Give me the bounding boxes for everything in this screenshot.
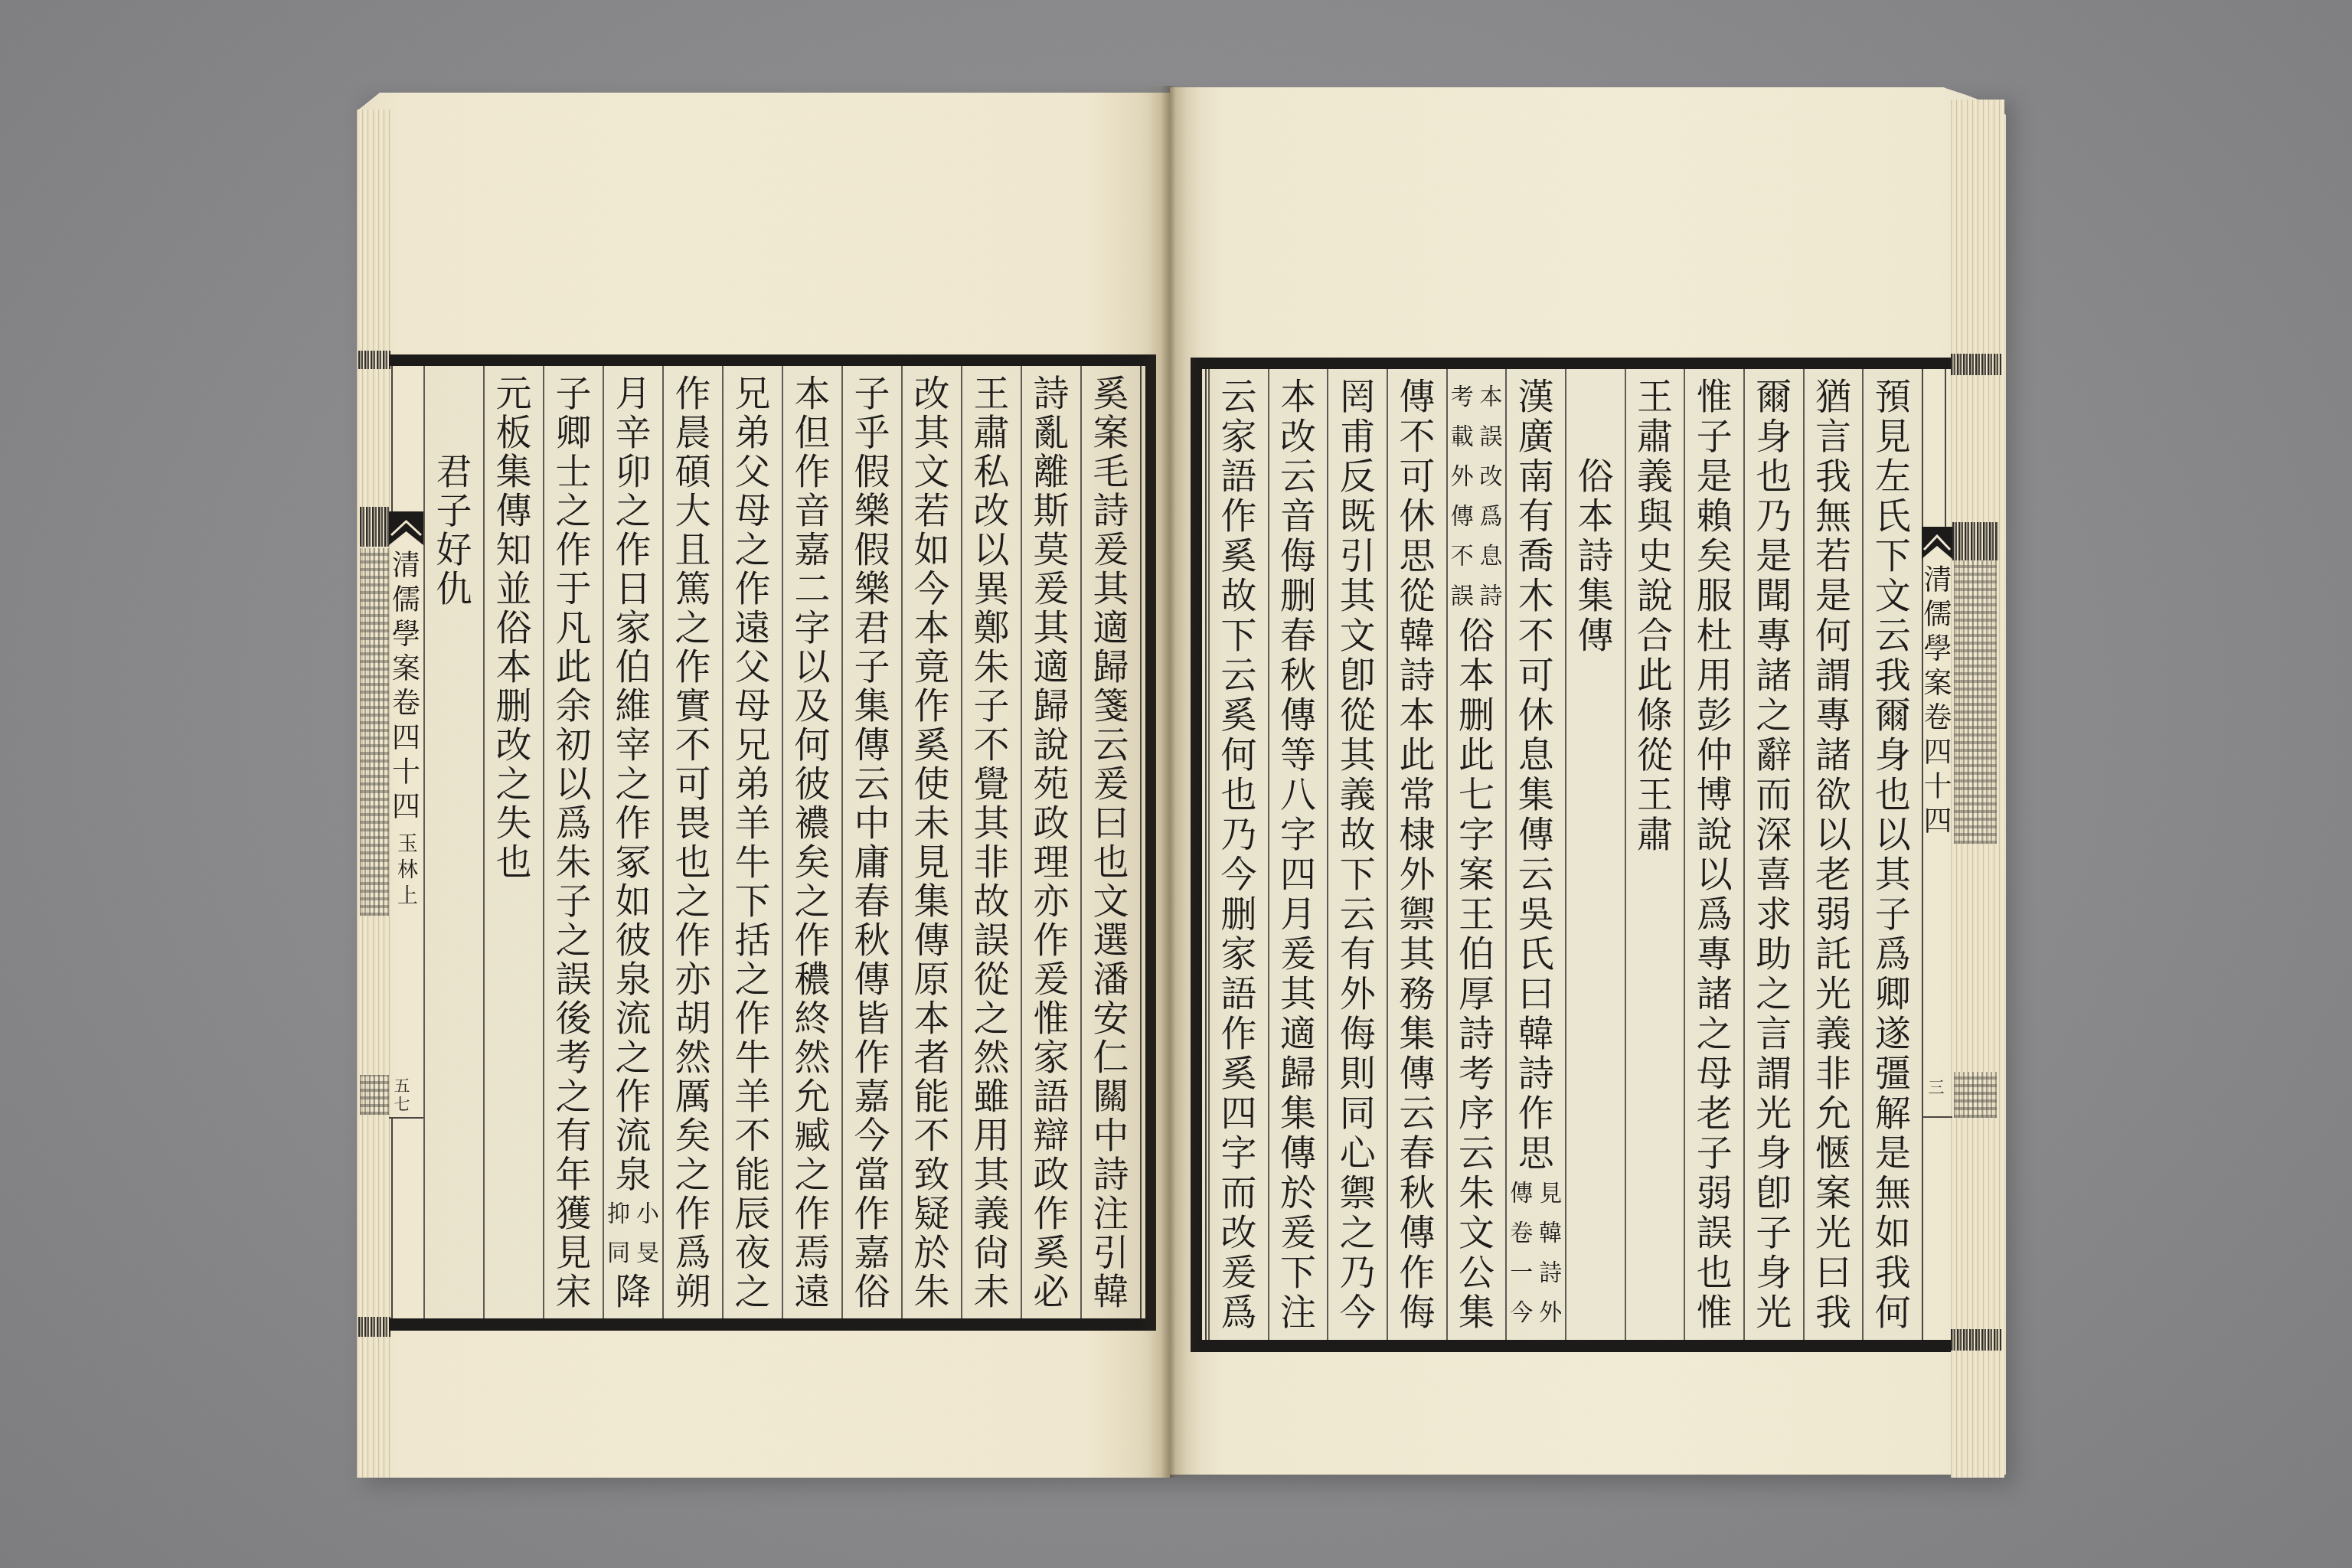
glyph: 假 (843, 452, 901, 492)
glyph: 詩 (1507, 1054, 1565, 1094)
glyph: 以 (1685, 855, 1743, 895)
glyph: 侮 (1388, 1293, 1446, 1333)
glyph: 家 (1210, 417, 1268, 457)
right-frame-inner-line (1205, 369, 1207, 1340)
glyph: 爲 (1210, 1293, 1268, 1333)
glyph: 集 (903, 882, 961, 921)
glyph: 作 (1507, 1094, 1565, 1134)
glyph: 考 (1448, 377, 1477, 417)
glyph: 作 (664, 374, 722, 413)
glyph: 及 (783, 687, 841, 726)
column-text: 本改云音侮删春秋傳等八字四月爰其適歸集傳於爰下注 (1269, 377, 1328, 1333)
glyph: 卷 (389, 686, 423, 720)
glyph: 莫 (1022, 531, 1080, 570)
glyph: 本 (1388, 696, 1446, 736)
right-banxin-upper-line (1945, 369, 1946, 527)
glyph: 卷 (1922, 701, 1953, 735)
text-column: 罔甫反既引其文卽從其義故下云有外侮則同心禦之乃今 (1327, 369, 1387, 1340)
glyph: 宰 (604, 726, 662, 765)
column-text: 云家語作奚故下云奚何也乃今删家語作奚四字而改爰爲 (1210, 377, 1268, 1333)
column-text: 本但作音嘉二字以及何彼襛矣之作穠終然允臧之作焉遠 (783, 374, 841, 1312)
glyph: 嘉 (843, 1077, 901, 1116)
glyph: 儒 (1922, 597, 1953, 632)
glyph: 集 (1566, 577, 1625, 616)
glyph: 爰 (1210, 1253, 1268, 1293)
glyph: 詩 (1566, 537, 1625, 577)
glyph: 小 (633, 1194, 662, 1233)
glyph: 改 (485, 726, 543, 765)
glyph: 箋 (1082, 687, 1140, 726)
glyph: 樂 (843, 492, 901, 531)
glyph: 月 (1269, 895, 1328, 935)
glyph: 清 (1922, 563, 1953, 597)
glyph: 元 (485, 374, 543, 413)
glyph: 合 (1626, 616, 1684, 656)
glyph: 爲 (1685, 895, 1743, 935)
glyph: 語 (1022, 1077, 1080, 1116)
glyph: 凡 (544, 609, 603, 648)
glyph: 弱 (1685, 1174, 1743, 1214)
glyph: 爰 (1022, 960, 1080, 999)
glyph: 作 (843, 1194, 901, 1233)
glyph: 助 (1745, 935, 1803, 975)
glyph: 奚 (1022, 1233, 1080, 1272)
column-text: 爾身也乃是聞專諸之辭而深喜求助之言謂光身卽子身光 (1745, 377, 1803, 1333)
glyph: 四 (1922, 804, 1953, 838)
glyph: 集 (1388, 1014, 1446, 1054)
glyph: 從 (962, 960, 1021, 999)
glyph: 作 (903, 687, 961, 726)
glyph: 四 (1269, 855, 1328, 895)
glyph: 不 (664, 726, 722, 765)
glyph: 尙 (962, 1233, 1021, 1272)
glyph: 以 (1864, 815, 1922, 855)
glyph: 仇 (425, 570, 483, 609)
glyph: 本 (485, 648, 543, 687)
glyph: 集 (843, 687, 901, 726)
glyph: 老 (1805, 855, 1863, 895)
glyph: 漢 (1507, 377, 1565, 417)
banxin-title-text: 清儒學案卷四十四 (1922, 563, 1953, 838)
glyph: 删 (1448, 696, 1506, 736)
glyph: 羊 (724, 1077, 782, 1116)
glyph: 實 (664, 687, 722, 726)
glyph: 作 (664, 1194, 722, 1233)
glyph: 遠 (783, 1272, 841, 1312)
glyph: 卷 (1507, 1214, 1536, 1253)
glyph: 其 (1864, 855, 1922, 895)
glyph: 喬 (1507, 537, 1565, 577)
glyph: 政 (1022, 1155, 1080, 1194)
glyph: 也 (1864, 776, 1922, 815)
glyph: 傳 (843, 960, 901, 999)
glyph: 樂 (843, 570, 901, 609)
column-text: 奚案毛詩爰其適歸箋云爰曰也文選潘安仁關中詩注引韓 (1082, 374, 1140, 1312)
glyph: 弟 (724, 765, 782, 804)
right-banxin-rule (1923, 1116, 1952, 1118)
glyph: 奚 (1210, 696, 1268, 736)
text-column: 詩亂離斯莫爰其適歸說苑政理亦作爰惟家語辯政作奚必 (1021, 366, 1080, 1318)
glyph: 辰 (724, 1194, 782, 1233)
note-line-right: 本誤改爲息詩 (1477, 377, 1506, 616)
glyph: 四 (1210, 1094, 1268, 1134)
column-text: 惟子是賴矣服杜用彭仲博說以爲專諸之母老子弱誤也惟 (1685, 377, 1743, 1333)
glyph: 深 (1745, 815, 1803, 855)
glyph: 謂 (1805, 656, 1863, 696)
glyph: 文 (903, 452, 961, 492)
right-banxin-separator (1922, 369, 1923, 1340)
glyph: 下 (724, 882, 782, 921)
glyph: 則 (1328, 1054, 1387, 1094)
glyph: 光 (1805, 975, 1863, 1014)
glyph: 弱 (1805, 895, 1863, 935)
column-text: 元板集傳知並俗本删改之失也 (485, 374, 543, 882)
glyph: 俗 (485, 609, 543, 648)
glyph: 學 (389, 617, 423, 652)
glyph: 歸 (1022, 687, 1080, 726)
column-text: 詩亂離斯莫爰其適歸說苑政理亦作爰惟家語辯政作奚必 (1022, 374, 1080, 1312)
glyph: 兄 (724, 726, 782, 765)
glyph: 而 (1210, 1174, 1268, 1214)
glyph: 母 (1685, 1054, 1743, 1094)
glyph: 休 (1388, 497, 1446, 537)
glyph: 遂 (1864, 1014, 1922, 1054)
glyph: 春 (1388, 1134, 1446, 1174)
glyph: 云 (1082, 726, 1140, 765)
left-page-text-block: 奚案毛詩爰其適歸箋云爰曰也文選潘安仁關中詩注引韓 詩亂離斯莫爰其適歸說苑政理亦作… (423, 366, 1140, 1318)
glyph: 文 (1328, 616, 1387, 656)
glyph: 甫 (1328, 417, 1387, 457)
glyph: 本 (1269, 377, 1328, 417)
glyph: 詩 (1082, 1155, 1140, 1194)
glyph: 之 (604, 492, 662, 531)
glyph: 厚 (1448, 975, 1506, 1014)
glyph: 作 (1210, 1014, 1268, 1054)
glyph: 王 (1448, 895, 1506, 935)
right-frame-bottom-border (1191, 1340, 1951, 1352)
glyph: 光 (1805, 1214, 1863, 1253)
glyph: 字 (1269, 815, 1328, 855)
glyph: 終 (783, 999, 841, 1038)
glyph: 爲 (1864, 935, 1922, 975)
glyph: 五 (390, 1076, 413, 1095)
glyph: 四 (389, 789, 423, 824)
glyph: 允 (783, 1077, 841, 1116)
glyph: 删 (485, 687, 543, 726)
glyph: 余 (544, 687, 603, 726)
glyph: 同 (1328, 1094, 1387, 1134)
glyph: 等 (1269, 736, 1328, 776)
glyph: 誤 (962, 921, 1021, 960)
glyph: 假 (843, 531, 901, 570)
left-frame-bottom-border (389, 1318, 1156, 1331)
glyph: 文 (1082, 882, 1140, 921)
glyph: 安 (1082, 999, 1140, 1038)
glyph: 光 (1745, 1094, 1803, 1134)
glyph: 詩 (1536, 1253, 1565, 1293)
glyph: 子 (544, 882, 603, 921)
glyph: 爰 (1082, 765, 1140, 804)
glyph: 仲 (1685, 736, 1743, 776)
glyph: 以 (1805, 815, 1863, 855)
glyph: 苑 (1022, 765, 1080, 804)
glyph: 詩 (1082, 492, 1140, 531)
text-column: 猶言我無若是何謂專諸欲以老弱託光義非允愜案光曰我 (1803, 369, 1863, 1340)
glyph: 秋 (843, 921, 901, 960)
glyph: 云 (1388, 1094, 1446, 1134)
glyph: 傳 (1448, 497, 1477, 537)
glyph: 嘉 (783, 531, 841, 570)
text-column: 奚案毛詩爰其適歸箋云爰曰也文選潘安仁關中詩注引韓 (1080, 366, 1140, 1318)
glyph: 條 (1626, 696, 1684, 736)
glyph: 伯 (1448, 935, 1506, 975)
glyph: 夜 (724, 1233, 782, 1272)
left-fishtail-icon (389, 511, 423, 545)
glyph: 弟 (724, 413, 782, 452)
glyph: 不 (903, 1116, 961, 1155)
glyph: 其 (1269, 975, 1328, 1014)
glyph: 爲 (544, 804, 603, 843)
glyph: 者 (903, 1038, 961, 1077)
glyph: 私 (962, 452, 1021, 492)
glyph: 子 (843, 374, 901, 413)
glyph: 知 (485, 531, 543, 570)
note-line-right: 見韓詩外 (1536, 1174, 1565, 1333)
glyph: 傳 (903, 921, 961, 960)
glyph: 見 (1536, 1174, 1565, 1214)
column-text: 猶言我無若是何謂專諸欲以老弱託光義非允愜案光曰我 (1805, 377, 1863, 1333)
glyph: 務 (1388, 975, 1446, 1014)
glyph: 家 (1022, 1038, 1080, 1077)
glyph: 中 (1082, 1116, 1140, 1155)
left-frame-top-border (389, 354, 1156, 366)
column-text: 降 (604, 1272, 662, 1312)
right-fishtail-icon (1922, 527, 1952, 559)
right-banxin-title: 清儒學案卷四十四 (1922, 563, 1953, 838)
glyph: 儒 (389, 583, 423, 617)
glyph: 以 (962, 531, 1021, 570)
glyph: 竟 (903, 648, 961, 687)
glyph: 外 (1448, 457, 1477, 497)
glyph: 之 (724, 960, 782, 999)
glyph: 有 (544, 1116, 603, 1155)
stack-page-number-remnant (1954, 1072, 1997, 1118)
glyph: 案 (1448, 855, 1506, 895)
column-text: 作晨碩大且篤之作實不可畏也之作亦胡然厲矣之作爲朔 (664, 374, 722, 1312)
glyph: 侮 (1269, 537, 1328, 577)
glyph: 晨 (664, 413, 722, 452)
glyph: 預 (1864, 377, 1922, 417)
glyph: 七 (1448, 776, 1506, 815)
glyph: 改 (1269, 417, 1328, 457)
glyph: 從 (1388, 577, 1446, 616)
glyph: 然 (962, 1038, 1021, 1077)
stack-fishtail-remnant (360, 507, 390, 547)
glyph: 也 (1685, 1253, 1743, 1293)
glyph: 引 (1328, 537, 1387, 577)
glyph: 卯 (604, 452, 662, 492)
glyph: 諸 (1745, 656, 1803, 696)
glyph: 作 (724, 570, 782, 609)
glyph: 政 (1022, 804, 1080, 843)
glyph: 身 (1745, 1134, 1803, 1174)
text-column: 爾身也乃是聞專諸之辭而深喜求助之言謂光身卽子身光 (1743, 369, 1803, 1340)
glyph: 下 (1328, 855, 1387, 895)
glyph: 引 (1082, 1233, 1140, 1272)
glyph: 也 (1745, 457, 1803, 497)
glyph: 適 (1022, 648, 1080, 687)
glyph: 如 (604, 882, 662, 921)
glyph: 朔 (664, 1272, 722, 1312)
glyph: 無 (1805, 497, 1863, 537)
left-page-number: 五七 (390, 1076, 413, 1113)
glyph: 之 (485, 765, 543, 804)
glyph: 王 (1626, 377, 1684, 417)
glyph: 之 (604, 765, 662, 804)
glyph: 可 (1388, 457, 1446, 497)
glyph: 秋 (1388, 1174, 1446, 1214)
text-column: 云家語作奚故下云奚何也乃今删家語作奚四字而改爰爲 (1208, 369, 1268, 1340)
glyph: 作 (783, 1194, 841, 1233)
glyph: 託 (1805, 935, 1863, 975)
glyph: 爰 (1269, 1214, 1328, 1253)
glyph: 字 (1448, 815, 1506, 855)
glyph: 初 (544, 726, 603, 765)
glyph: 誤 (1477, 417, 1506, 457)
glyph: 於 (903, 1233, 961, 1272)
glyph: 用 (1685, 656, 1743, 696)
glyph: 四 (389, 720, 423, 755)
glyph: 爾 (1745, 377, 1803, 417)
glyph: 我 (1805, 1293, 1863, 1333)
glyph: 傳 (1388, 1054, 1446, 1094)
glyph: 詩 (1477, 577, 1506, 616)
glyph: 臧 (783, 1116, 841, 1155)
glyph: 作 (1022, 1194, 1080, 1233)
glyph: 删 (1210, 895, 1268, 935)
glyph: 詩 (1448, 1014, 1506, 1054)
glyph: 林 (392, 857, 423, 884)
glyph: 欲 (1805, 776, 1863, 815)
glyph: 云 (1210, 377, 1268, 417)
glyph: 氏 (1507, 935, 1565, 975)
glyph: 說 (1626, 577, 1684, 616)
glyph: 適 (1269, 1014, 1328, 1054)
glyph: 子 (843, 648, 901, 687)
glyph: 其 (962, 804, 1021, 843)
glyph: 老 (1685, 1094, 1743, 1134)
glyph: 焉 (783, 1233, 841, 1272)
glyph: 惟 (1022, 999, 1080, 1038)
text-column: 本誤改爲息詩 考載外傳不誤 俗本删此七字案王伯厚詩考序云朱文公集 (1446, 369, 1506, 1340)
glyph: 流 (604, 1116, 662, 1155)
right-page-text-block: 預見左氏下文云我爾身也以其子爲卿遂彊解是無如我何 猶言我無若是何謂專諸欲以老弱託… (1208, 369, 1922, 1340)
glyph: 專 (1685, 935, 1743, 975)
column-text: 王肅義與史說合此條從王肅 (1626, 377, 1684, 855)
glyph: 休 (1507, 696, 1565, 736)
glyph: 之 (544, 492, 603, 531)
glyph: 穠 (783, 960, 841, 999)
section-heading: 君子好仇 (425, 452, 483, 609)
glyph: 注 (1269, 1293, 1328, 1333)
glyph: 奚 (1210, 1054, 1268, 1094)
glyph: 之 (783, 1155, 841, 1194)
glyph: 下 (1210, 616, 1268, 656)
glyph: 載 (1448, 417, 1477, 457)
glyph: 之 (544, 921, 603, 960)
glyph: 家 (1210, 935, 1268, 975)
glyph: 不 (724, 1116, 782, 1155)
text-column: 王肅義與史說合此條從王肅 (1625, 369, 1684, 1340)
glyph: 然 (783, 1038, 841, 1077)
text-column: 月辛卯之作日家伯維宰之作冢如彼泉流之作流泉 小旻 抑同 降 (603, 366, 662, 1318)
column-text: 俗本删此七字案王伯厚詩考序云朱文公集 (1448, 616, 1506, 1333)
glyph: 當 (843, 1155, 901, 1194)
glyph: 辭 (1745, 736, 1803, 776)
glyph: 序 (1448, 1094, 1506, 1134)
glyph: 義 (1626, 457, 1684, 497)
glyph: 云 (1448, 1134, 1506, 1174)
glyph: 常 (1388, 776, 1446, 815)
glyph: 後 (544, 999, 603, 1038)
glyph: 惟 (1685, 1293, 1743, 1333)
glyph: 秋 (1269, 656, 1328, 696)
glyph: 子 (1745, 1214, 1803, 1253)
glyph: 反 (1328, 457, 1387, 497)
glyph: 惟 (1685, 377, 1743, 417)
glyph: 允 (1805, 1094, 1863, 1134)
glyph: 肅 (1626, 417, 1684, 457)
glyph: 從 (1328, 696, 1387, 736)
glyph: 未 (903, 804, 961, 843)
glyph: 以 (783, 648, 841, 687)
glyph: 理 (1022, 843, 1080, 882)
stack-page-number-remnant (360, 1075, 389, 1115)
glyph: 爰 (1022, 570, 1080, 609)
glyph: 亂 (1022, 413, 1080, 452)
glyph: 俗 (1566, 457, 1625, 497)
glyph: 改 (1477, 457, 1506, 497)
glyph: 非 (1805, 1054, 1863, 1094)
glyph: 考 (1448, 1054, 1506, 1094)
glyph: 字 (1210, 1134, 1268, 1174)
glyph: 乎 (843, 413, 901, 452)
interlinear-note: 見韓詩外 傳卷一今 (1507, 1174, 1565, 1333)
glyph: 君 (425, 452, 483, 492)
glyph: 能 (724, 1155, 782, 1194)
glyph: 諸 (1805, 736, 1863, 776)
glyph: 見 (903, 843, 961, 882)
glyph: 王 (962, 374, 1021, 413)
glyph: 矣 (664, 1116, 722, 1155)
glyph: 宋 (544, 1272, 603, 1312)
glyph: 作 (664, 648, 722, 687)
glyph: 杜 (1685, 616, 1743, 656)
glyph: 若 (1805, 537, 1863, 577)
glyph: 遠 (724, 609, 782, 648)
glyph: 諸 (1685, 975, 1743, 1014)
glyph: 子 (425, 492, 483, 531)
glyph: 今 (843, 1116, 901, 1155)
text-column: 本但作音嘉二字以及何彼襛矣之作穠終然允臧之作焉遠 (782, 366, 841, 1318)
glyph: 音 (783, 492, 841, 531)
column-text: 傳不可休思從韓詩本此常棣外禦其務集傳云春秋傳作侮 (1388, 377, 1446, 1333)
page-number-text: 五七 (390, 1076, 413, 1113)
glyph: 何 (1805, 616, 1863, 656)
left-banxin-lower-line (391, 1119, 393, 1318)
note-line-left: 抑同 (604, 1194, 633, 1272)
note-line-left: 考載外傳不誤 (1448, 377, 1477, 616)
